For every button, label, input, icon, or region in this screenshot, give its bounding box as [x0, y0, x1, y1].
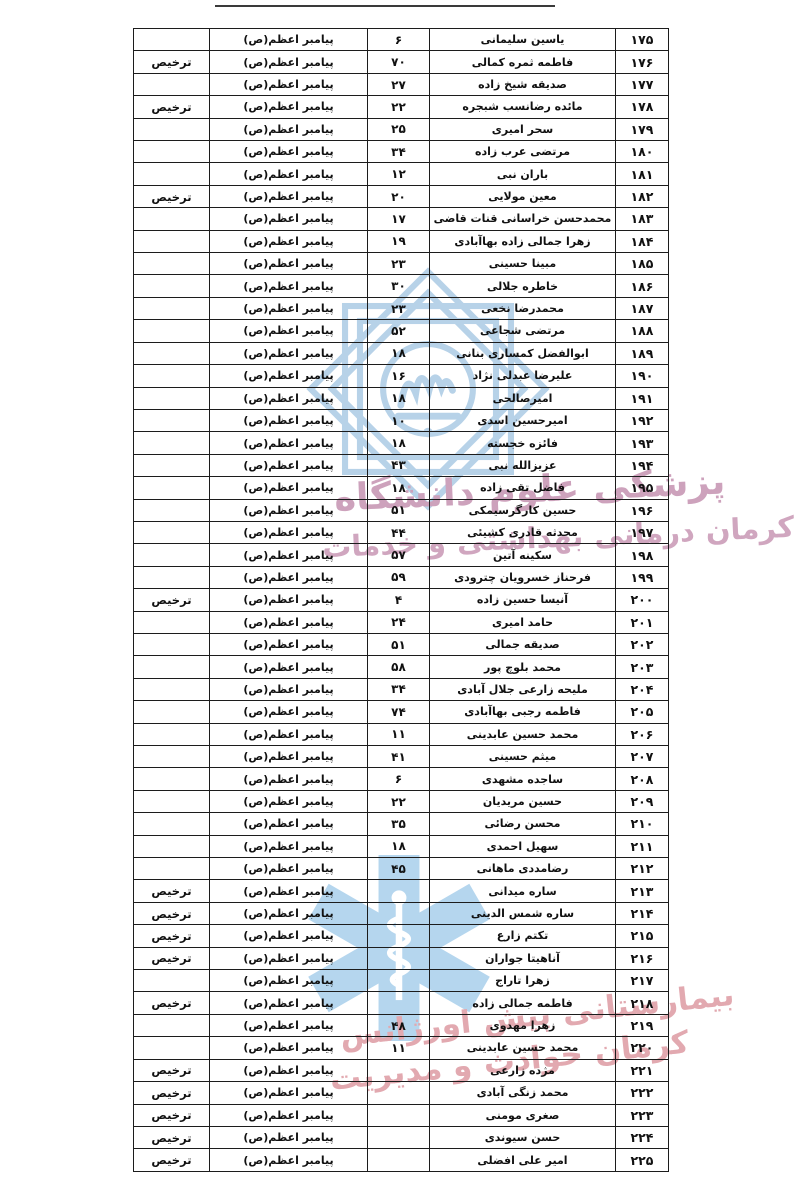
name-cell: فاطمه جمالی زاده	[430, 992, 616, 1014]
status-cell	[134, 230, 210, 252]
hospital-cell: پیامبر اعظم(ص)	[210, 118, 368, 140]
name-cell: سحر امیری	[430, 118, 616, 140]
table-row: ۱۹۶حسین کارگرسیمکی۵۱پیامبر اعظم(ص)	[134, 499, 669, 521]
hospital-cell: پیامبر اعظم(ص)	[210, 880, 368, 902]
name-cell: محمد حسین عابدینی	[430, 723, 616, 745]
status-cell	[134, 454, 210, 476]
age-cell: ۳۵	[368, 813, 430, 835]
name-cell: حسین کارگرسیمکی	[430, 499, 616, 521]
name-cell: سهیل احمدی	[430, 835, 616, 857]
row-number-cell: ۱۸۸	[616, 320, 669, 342]
table-row: ۱۸۱باران نبی۱۲پیامبر اعظم(ص)	[134, 163, 669, 185]
table-row: ۲۱۵تکتم زارعپیامبر اعظم(ص)ترخیص	[134, 925, 669, 947]
age-cell: ۴۸	[368, 1014, 430, 1036]
age-cell: ۲۲	[368, 96, 430, 118]
name-cell: محدثه قادری کشیئی	[430, 521, 616, 543]
table-row: ۲۲۴حسن سیوندیپیامبر اعظم(ص)ترخیص	[134, 1126, 669, 1148]
hospital-cell: پیامبر اعظم(ص)	[210, 858, 368, 880]
name-cell: خاطره جلالی	[430, 275, 616, 297]
status-cell	[134, 141, 210, 163]
status-cell	[134, 835, 210, 857]
row-number-cell: ۱۸۶	[616, 275, 669, 297]
age-cell: ۶	[368, 768, 430, 790]
row-number-cell: ۲۰۱	[616, 611, 669, 633]
name-cell: حسین مریدیان	[430, 790, 616, 812]
name-cell: زهرا جمالی زاده بهاآبادی	[430, 230, 616, 252]
age-cell	[368, 880, 430, 902]
age-cell: ۴	[368, 589, 430, 611]
name-cell: باران نبی	[430, 163, 616, 185]
hospital-cell: پیامبر اعظم(ص)	[210, 163, 368, 185]
table-row: ۱۷۷صدیقه شیخ زاده۲۷پیامبر اعظم(ص)	[134, 73, 669, 95]
age-cell: ۲۷	[368, 73, 430, 95]
table-row: ۱۸۳محمدحسن خراسانی قنات قاضی۱۷پیامبر اعظ…	[134, 208, 669, 230]
name-cell: تکتم زارع	[430, 925, 616, 947]
table-row: ۱۹۳فائزه خجسته۱۸پیامبر اعظم(ص)	[134, 432, 669, 454]
name-cell: ساره میدانی	[430, 880, 616, 902]
row-number-cell: ۱۹۰	[616, 365, 669, 387]
age-cell: ۲۵	[368, 118, 430, 140]
age-cell: ۱۶	[368, 365, 430, 387]
age-cell: ۲۲	[368, 790, 430, 812]
row-number-cell: ۲۱۱	[616, 835, 669, 857]
table-row: ۱۸۷محمدرضا نخعی۲۳پیامبر اعظم(ص)	[134, 297, 669, 319]
hospital-cell: پیامبر اعظم(ص)	[210, 365, 368, 387]
name-cell: ابوالفضل کمساری بنانی	[430, 342, 616, 364]
name-cell: فاضل تقی زاده	[430, 477, 616, 499]
hospital-cell: پیامبر اعظم(ص)	[210, 746, 368, 768]
hospital-cell: پیامبر اعظم(ص)	[210, 656, 368, 678]
name-cell: مبینا حسینی	[430, 253, 616, 275]
row-number-cell: ۲۲۴	[616, 1126, 669, 1148]
name-cell: امیر علی افضلی	[430, 1149, 616, 1172]
row-number-cell: ۱۹۹	[616, 566, 669, 588]
status-cell	[134, 275, 210, 297]
status-cell: ترخیص	[134, 1059, 210, 1081]
table-row: ۲۱۴ساره شمس الدینیپیامبر اعظم(ص)ترخیص	[134, 902, 669, 924]
name-cell: صغری مومنی	[430, 1104, 616, 1126]
hospital-cell: پیامبر اعظم(ص)	[210, 835, 368, 857]
age-cell	[368, 1082, 430, 1104]
hospital-cell: پیامبر اعظم(ص)	[210, 1104, 368, 1126]
table-row: ۱۹۰علیرضا عبدلی نژاد۱۶پیامبر اعظم(ص)	[134, 365, 669, 387]
row-number-cell: ۱۸۳	[616, 208, 669, 230]
name-cell: مرتضی عرب زاده	[430, 141, 616, 163]
row-number-cell: ۲۱۵	[616, 925, 669, 947]
age-cell	[368, 992, 430, 1014]
row-number-cell: ۱۸۴	[616, 230, 669, 252]
scanned-document-page: دانشگاهعلومپزشکی و خدماتبهداشتیدرمانیکرم…	[0, 0, 800, 1200]
status-cell	[134, 320, 210, 342]
table-row: ۱۸۵مبینا حسینی۲۳پیامبر اعظم(ص)	[134, 253, 669, 275]
row-number-cell: ۲۱۴	[616, 902, 669, 924]
hospital-cell: پیامبر اعظم(ص)	[210, 73, 368, 95]
table-row: ۲۰۵فاطمه رجبی بهاآبادی۷۴پیامبر اعظم(ص)	[134, 701, 669, 723]
table-row: ۱۹۹فرحناز خسرویان چترودی۵۹پیامبر اعظم(ص)	[134, 566, 669, 588]
status-cell	[134, 790, 210, 812]
row-number-cell: ۱۷۵	[616, 29, 669, 51]
table-row: ۱۹۱امیرصالحی۱۸پیامبر اعظم(ص)	[134, 387, 669, 409]
name-cell: محمدرضا نخعی	[430, 297, 616, 319]
status-cell	[134, 477, 210, 499]
table-row: ۲۰۳محمد بلوچ پور۵۸پیامبر اعظم(ص)	[134, 656, 669, 678]
age-cell	[368, 970, 430, 992]
hospital-cell: پیامبر اعظم(ص)	[210, 768, 368, 790]
name-cell: حسن سیوندی	[430, 1126, 616, 1148]
row-number-cell: ۲۲۵	[616, 1149, 669, 1172]
patient-table-body: ۱۷۵یاسین سلیمانی۶پیامبر اعظم(ص)۱۷۶فاطمه …	[134, 29, 669, 1172]
name-cell: امیرصالحی	[430, 387, 616, 409]
hospital-cell: پیامبر اعظم(ص)	[210, 678, 368, 700]
table-row: ۱۷۵یاسین سلیمانی۶پیامبر اعظم(ص)	[134, 29, 669, 51]
table-row: ۲۰۱حامد امیری۲۴پیامبر اعظم(ص)	[134, 611, 669, 633]
name-cell: حامد امیری	[430, 611, 616, 633]
age-cell: ۵۹	[368, 566, 430, 588]
name-cell: آناهیتا جواران	[430, 947, 616, 969]
table-row: ۲۱۹زهرا مهدوی۴۸پیامبر اعظم(ص)	[134, 1014, 669, 1036]
status-cell	[134, 297, 210, 319]
age-cell: ۵۲	[368, 320, 430, 342]
status-cell	[134, 387, 210, 409]
hospital-cell: پیامبر اعظم(ص)	[210, 790, 368, 812]
row-number-cell: ۱۹۴	[616, 454, 669, 476]
hospital-cell: پیامبر اعظم(ص)	[210, 51, 368, 73]
hospital-cell: پیامبر اعظم(ص)	[210, 1126, 368, 1148]
row-number-cell: ۲۲۱	[616, 1059, 669, 1081]
row-number-cell: ۲۲۳	[616, 1104, 669, 1126]
name-cell: علیرضا عبدلی نژاد	[430, 365, 616, 387]
hospital-cell: پیامبر اعظم(ص)	[210, 701, 368, 723]
table-row: ۲۰۹حسین مریدیان۲۲پیامبر اعظم(ص)	[134, 790, 669, 812]
table-row: ۱۹۲امیرحسین اسدی۱۰پیامبر اعظم(ص)	[134, 409, 669, 431]
age-cell: ۲۰	[368, 185, 430, 207]
hospital-cell: پیامبر اعظم(ص)	[210, 544, 368, 566]
table-row: ۲۲۱مژده زارعیپیامبر اعظم(ص)ترخیص	[134, 1059, 669, 1081]
table-row: ۱۸۶خاطره جلالی۳۰پیامبر اعظم(ص)	[134, 275, 669, 297]
row-number-cell: ۲۱۰	[616, 813, 669, 835]
table-row: ۲۲۳صغری مومنیپیامبر اعظم(ص)ترخیص	[134, 1104, 669, 1126]
status-cell	[134, 409, 210, 431]
status-cell	[134, 656, 210, 678]
hospital-cell: پیامبر اعظم(ص)	[210, 320, 368, 342]
table-row: ۲۲۲محمد زنگی آبادیپیامبر اعظم(ص)ترخیص	[134, 1082, 669, 1104]
status-cell	[134, 208, 210, 230]
status-cell	[134, 768, 210, 790]
age-cell: ۱۹	[368, 230, 430, 252]
age-cell: ۷۴	[368, 701, 430, 723]
hospital-cell: پیامبر اعظم(ص)	[210, 566, 368, 588]
age-cell: ۱۷	[368, 208, 430, 230]
name-cell: فائزه خجسته	[430, 432, 616, 454]
hospital-cell: پیامبر اعظم(ص)	[210, 813, 368, 835]
row-number-cell: ۲۰۹	[616, 790, 669, 812]
hospital-cell: پیامبر اعظم(ص)	[210, 297, 368, 319]
status-cell	[134, 970, 210, 992]
status-cell: ترخیص	[134, 1082, 210, 1104]
hospital-cell: پیامبر اعظم(ص)	[210, 521, 368, 543]
name-cell: رضامددی ماهانی	[430, 858, 616, 880]
age-cell: ۳۰	[368, 275, 430, 297]
status-cell: ترخیص	[134, 1104, 210, 1126]
table-row: ۱۷۶فاطمه ثمره کمالی۷۰پیامبر اعظم(ص)ترخیص	[134, 51, 669, 73]
status-cell	[134, 73, 210, 95]
hospital-cell: پیامبر اعظم(ص)	[210, 230, 368, 252]
table-row: ۲۱۶آناهیتا جوارانپیامبر اعظم(ص)ترخیص	[134, 947, 669, 969]
name-cell: صدیقه شیخ زاده	[430, 73, 616, 95]
age-cell	[368, 1126, 430, 1148]
hospital-cell: پیامبر اعظم(ص)	[210, 432, 368, 454]
table-row: ۲۰۴ملیحه زارعی جلال آبادی۳۴پیامبر اعظم(ص…	[134, 678, 669, 700]
age-cell: ۴۴	[368, 521, 430, 543]
status-cell: ترخیص	[134, 589, 210, 611]
hospital-cell: پیامبر اعظم(ص)	[210, 1149, 368, 1172]
hospital-cell: پیامبر اعظم(ص)	[210, 611, 368, 633]
table-row: ۲۰۲صدیقه جمالی۵۱پیامبر اعظم(ص)	[134, 633, 669, 655]
row-number-cell: ۲۰۶	[616, 723, 669, 745]
hospital-cell: پیامبر اعظم(ص)	[210, 925, 368, 947]
age-cell: ۱۱	[368, 723, 430, 745]
name-cell: مائده رضانسب شبجره	[430, 96, 616, 118]
age-cell: ۴۱	[368, 746, 430, 768]
row-number-cell: ۱۷۶	[616, 51, 669, 73]
name-cell: زهرا مهدوی	[430, 1014, 616, 1036]
previous-page-row-remnant-line	[215, 5, 555, 7]
table-row: ۱۸۰مرتضی عرب زاده۳۴پیامبر اعظم(ص)	[134, 141, 669, 163]
name-cell: ملیحه زارعی جلال آبادی	[430, 678, 616, 700]
age-cell: ۱۰	[368, 409, 430, 431]
table-row: ۱۸۴زهرا جمالی زاده بهاآبادی۱۹پیامبر اعظم…	[134, 230, 669, 252]
row-number-cell: ۲۰۷	[616, 746, 669, 768]
age-cell: ۵۷	[368, 544, 430, 566]
table-row: ۲۱۲رضامددی ماهانی۴۵پیامبر اعظم(ص)	[134, 858, 669, 880]
status-cell	[134, 746, 210, 768]
row-number-cell: ۱۸۵	[616, 253, 669, 275]
table-row: ۲۱۳ساره میدانیپیامبر اعظم(ص)ترخیص	[134, 880, 669, 902]
age-cell: ۵۱	[368, 633, 430, 655]
hospital-cell: پیامبر اعظم(ص)	[210, 477, 368, 499]
status-cell	[134, 813, 210, 835]
hospital-cell: پیامبر اعظم(ص)	[210, 141, 368, 163]
row-number-cell: ۱۷۹	[616, 118, 669, 140]
status-cell: ترخیص	[134, 185, 210, 207]
row-number-cell: ۲۱۶	[616, 947, 669, 969]
name-cell: یاسین سلیمانی	[430, 29, 616, 51]
row-number-cell: ۱۸۱	[616, 163, 669, 185]
row-number-cell: ۱۹۱	[616, 387, 669, 409]
row-number-cell: ۲۰۰	[616, 589, 669, 611]
table-row: ۲۱۰محسن رضائی۳۵پیامبر اعظم(ص)	[134, 813, 669, 835]
hospital-cell: پیامبر اعظم(ص)	[210, 1014, 368, 1036]
hospital-cell: پیامبر اعظم(ص)	[210, 970, 368, 992]
name-cell: محمد بلوچ پور	[430, 656, 616, 678]
status-cell: ترخیص	[134, 1149, 210, 1172]
hospital-cell: پیامبر اعظم(ص)	[210, 1082, 368, 1104]
name-cell: میثم حسینی	[430, 746, 616, 768]
row-number-cell: ۲۱۸	[616, 992, 669, 1014]
status-cell	[134, 365, 210, 387]
row-number-cell: ۱۸۹	[616, 342, 669, 364]
name-cell: مژده زارعی	[430, 1059, 616, 1081]
table-row: ۱۸۲معین مولایی۲۰پیامبر اعظم(ص)ترخیص	[134, 185, 669, 207]
row-number-cell: ۱۹۲	[616, 409, 669, 431]
table-row: ۲۲۵امیر علی افضلیپیامبر اعظم(ص)ترخیص	[134, 1149, 669, 1172]
row-number-cell: ۱۷۸	[616, 96, 669, 118]
table-row: ۱۸۹ابوالفضل کمساری بنانی۱۸پیامبر اعظم(ص)	[134, 342, 669, 364]
age-cell: ۲۳	[368, 297, 430, 319]
row-number-cell: ۱۹۵	[616, 477, 669, 499]
patient-table: ۱۷۵یاسین سلیمانی۶پیامبر اعظم(ص)۱۷۶فاطمه …	[133, 28, 669, 1172]
age-cell	[368, 1104, 430, 1126]
hospital-cell: پیامبر اعظم(ص)	[210, 1059, 368, 1081]
table-row: ۱۹۷محدثه قادری کشیئی۴۴پیامبر اعظم(ص)	[134, 521, 669, 543]
hospital-cell: پیامبر اعظم(ص)	[210, 947, 368, 969]
row-number-cell: ۱۸۷	[616, 297, 669, 319]
row-number-cell: ۱۷۷	[616, 73, 669, 95]
hospital-cell: پیامبر اعظم(ص)	[210, 454, 368, 476]
status-cell	[134, 29, 210, 51]
name-cell: معین مولایی	[430, 185, 616, 207]
row-number-cell: ۲۰۳	[616, 656, 669, 678]
status-cell	[134, 678, 210, 700]
name-cell: سکینه آتین	[430, 544, 616, 566]
status-cell	[134, 566, 210, 588]
row-number-cell: ۲۰۴	[616, 678, 669, 700]
name-cell: محمدحسن خراسانی قنات قاضی	[430, 208, 616, 230]
document-layer: ۱۷۵یاسین سلیمانی۶پیامبر اعظم(ص)۱۷۶فاطمه …	[0, 0, 800, 1200]
age-cell: ۵۸	[368, 656, 430, 678]
status-cell	[134, 499, 210, 521]
hospital-cell: پیامبر اعظم(ص)	[210, 589, 368, 611]
status-cell: ترخیص	[134, 992, 210, 1014]
row-number-cell: ۱۹۳	[616, 432, 669, 454]
table-row: ۱۹۸سکینه آتین۵۷پیامبر اعظم(ص)	[134, 544, 669, 566]
table-row: ۲۰۸ساجده مشهدی۶پیامبر اعظم(ص)	[134, 768, 669, 790]
row-number-cell: ۲۰۵	[616, 701, 669, 723]
age-cell	[368, 1149, 430, 1172]
row-number-cell: ۱۹۶	[616, 499, 669, 521]
row-number-cell: ۱۹۸	[616, 544, 669, 566]
status-cell	[134, 611, 210, 633]
status-cell: ترخیص	[134, 1126, 210, 1148]
name-cell: ساجده مشهدی	[430, 768, 616, 790]
age-cell: ۱۸	[368, 432, 430, 454]
status-cell	[134, 432, 210, 454]
hospital-cell: پیامبر اعظم(ص)	[210, 208, 368, 230]
row-number-cell: ۲۱۲	[616, 858, 669, 880]
status-cell	[134, 633, 210, 655]
table-row: ۱۷۸مائده رضانسب شبجره۲۲پیامبر اعظم(ص)ترخ…	[134, 96, 669, 118]
table-row: ۲۱۷زهرا تاراجپیامبر اعظم(ص)	[134, 970, 669, 992]
status-cell	[134, 253, 210, 275]
status-cell	[134, 1014, 210, 1036]
name-cell: محمد حسین عابدینی	[430, 1037, 616, 1059]
status-cell: ترخیص	[134, 902, 210, 924]
name-cell: ساره شمس الدینی	[430, 902, 616, 924]
status-cell: ترخیص	[134, 51, 210, 73]
table-row: ۲۱۸فاطمه جمالی زادهپیامبر اعظم(ص)ترخیص	[134, 992, 669, 1014]
hospital-cell: پیامبر اعظم(ص)	[210, 96, 368, 118]
name-cell: محمد زنگی آبادی	[430, 1082, 616, 1104]
name-cell: فاطمه رجبی بهاآبادی	[430, 701, 616, 723]
status-cell	[134, 521, 210, 543]
hospital-cell: پیامبر اعظم(ص)	[210, 1037, 368, 1059]
age-cell	[368, 1059, 430, 1081]
age-cell: ۱۸	[368, 387, 430, 409]
hospital-cell: پیامبر اعظم(ص)	[210, 902, 368, 924]
row-number-cell: ۲۱۹	[616, 1014, 669, 1036]
table-row: ۲۲۰محمد حسین عابدینی۱۱پیامبر اعظم(ص)	[134, 1037, 669, 1059]
name-cell: امیرحسین اسدی	[430, 409, 616, 431]
age-cell: ۴۳	[368, 454, 430, 476]
hospital-cell: پیامبر اعظم(ص)	[210, 409, 368, 431]
hospital-cell: پیامبر اعظم(ص)	[210, 633, 368, 655]
status-cell: ترخیص	[134, 947, 210, 969]
table-row: ۲۰۶محمد حسین عابدینی۱۱پیامبر اعظم(ص)	[134, 723, 669, 745]
age-cell: ۴۵	[368, 858, 430, 880]
status-cell	[134, 118, 210, 140]
status-cell	[134, 342, 210, 364]
row-number-cell: ۱۸۰	[616, 141, 669, 163]
status-cell	[134, 1037, 210, 1059]
name-cell: فاطمه ثمره کمالی	[430, 51, 616, 73]
row-number-cell: ۲۱۷	[616, 970, 669, 992]
age-cell: ۵۱	[368, 499, 430, 521]
age-cell: ۶	[368, 29, 430, 51]
age-cell: ۱۸	[368, 835, 430, 857]
hospital-cell: پیامبر اعظم(ص)	[210, 723, 368, 745]
age-cell: ۱۸	[368, 477, 430, 499]
table-row: ۱۹۴عزیزالله نبی۴۳پیامبر اعظم(ص)	[134, 454, 669, 476]
row-number-cell: ۲۲۰	[616, 1037, 669, 1059]
table-row: ۱۹۵فاضل تقی زاده۱۸پیامبر اعظم(ص)	[134, 477, 669, 499]
table-row: ۱۸۸مرتضی شجاعی۵۲پیامبر اعظم(ص)	[134, 320, 669, 342]
row-number-cell: ۱۸۲	[616, 185, 669, 207]
status-cell: ترخیص	[134, 96, 210, 118]
hospital-cell: پیامبر اعظم(ص)	[210, 253, 368, 275]
name-cell: صدیقه جمالی	[430, 633, 616, 655]
status-cell: ترخیص	[134, 880, 210, 902]
row-number-cell: ۲۰۸	[616, 768, 669, 790]
status-cell	[134, 723, 210, 745]
status-cell	[134, 544, 210, 566]
name-cell: مرتضی شجاعی	[430, 320, 616, 342]
age-cell	[368, 947, 430, 969]
hospital-cell: پیامبر اعظم(ص)	[210, 29, 368, 51]
row-number-cell: ۱۹۷	[616, 521, 669, 543]
table-row: ۱۷۹سحر امیری۲۵پیامبر اعظم(ص)	[134, 118, 669, 140]
age-cell: ۷۰	[368, 51, 430, 73]
age-cell: ۳۴	[368, 678, 430, 700]
status-cell	[134, 858, 210, 880]
age-cell: ۲۳	[368, 253, 430, 275]
age-cell	[368, 925, 430, 947]
name-cell: عزیزالله نبی	[430, 454, 616, 476]
hospital-cell: پیامبر اعظم(ص)	[210, 992, 368, 1014]
age-cell: ۱۸	[368, 342, 430, 364]
hospital-cell: پیامبر اعظم(ص)	[210, 185, 368, 207]
age-cell: ۱۲	[368, 163, 430, 185]
table-row: ۲۱۱سهیل احمدی۱۸پیامبر اعظم(ص)	[134, 835, 669, 857]
age-cell: ۱۱	[368, 1037, 430, 1059]
hospital-cell: پیامبر اعظم(ص)	[210, 387, 368, 409]
status-cell	[134, 163, 210, 185]
status-cell	[134, 701, 210, 723]
table-row: ۲۰۰آنیسا حسین زاده۴پیامبر اعظم(ص)ترخیص	[134, 589, 669, 611]
age-cell: ۳۴	[368, 141, 430, 163]
row-number-cell: ۲۲۲	[616, 1082, 669, 1104]
name-cell: آنیسا حسین زاده	[430, 589, 616, 611]
status-cell: ترخیص	[134, 925, 210, 947]
